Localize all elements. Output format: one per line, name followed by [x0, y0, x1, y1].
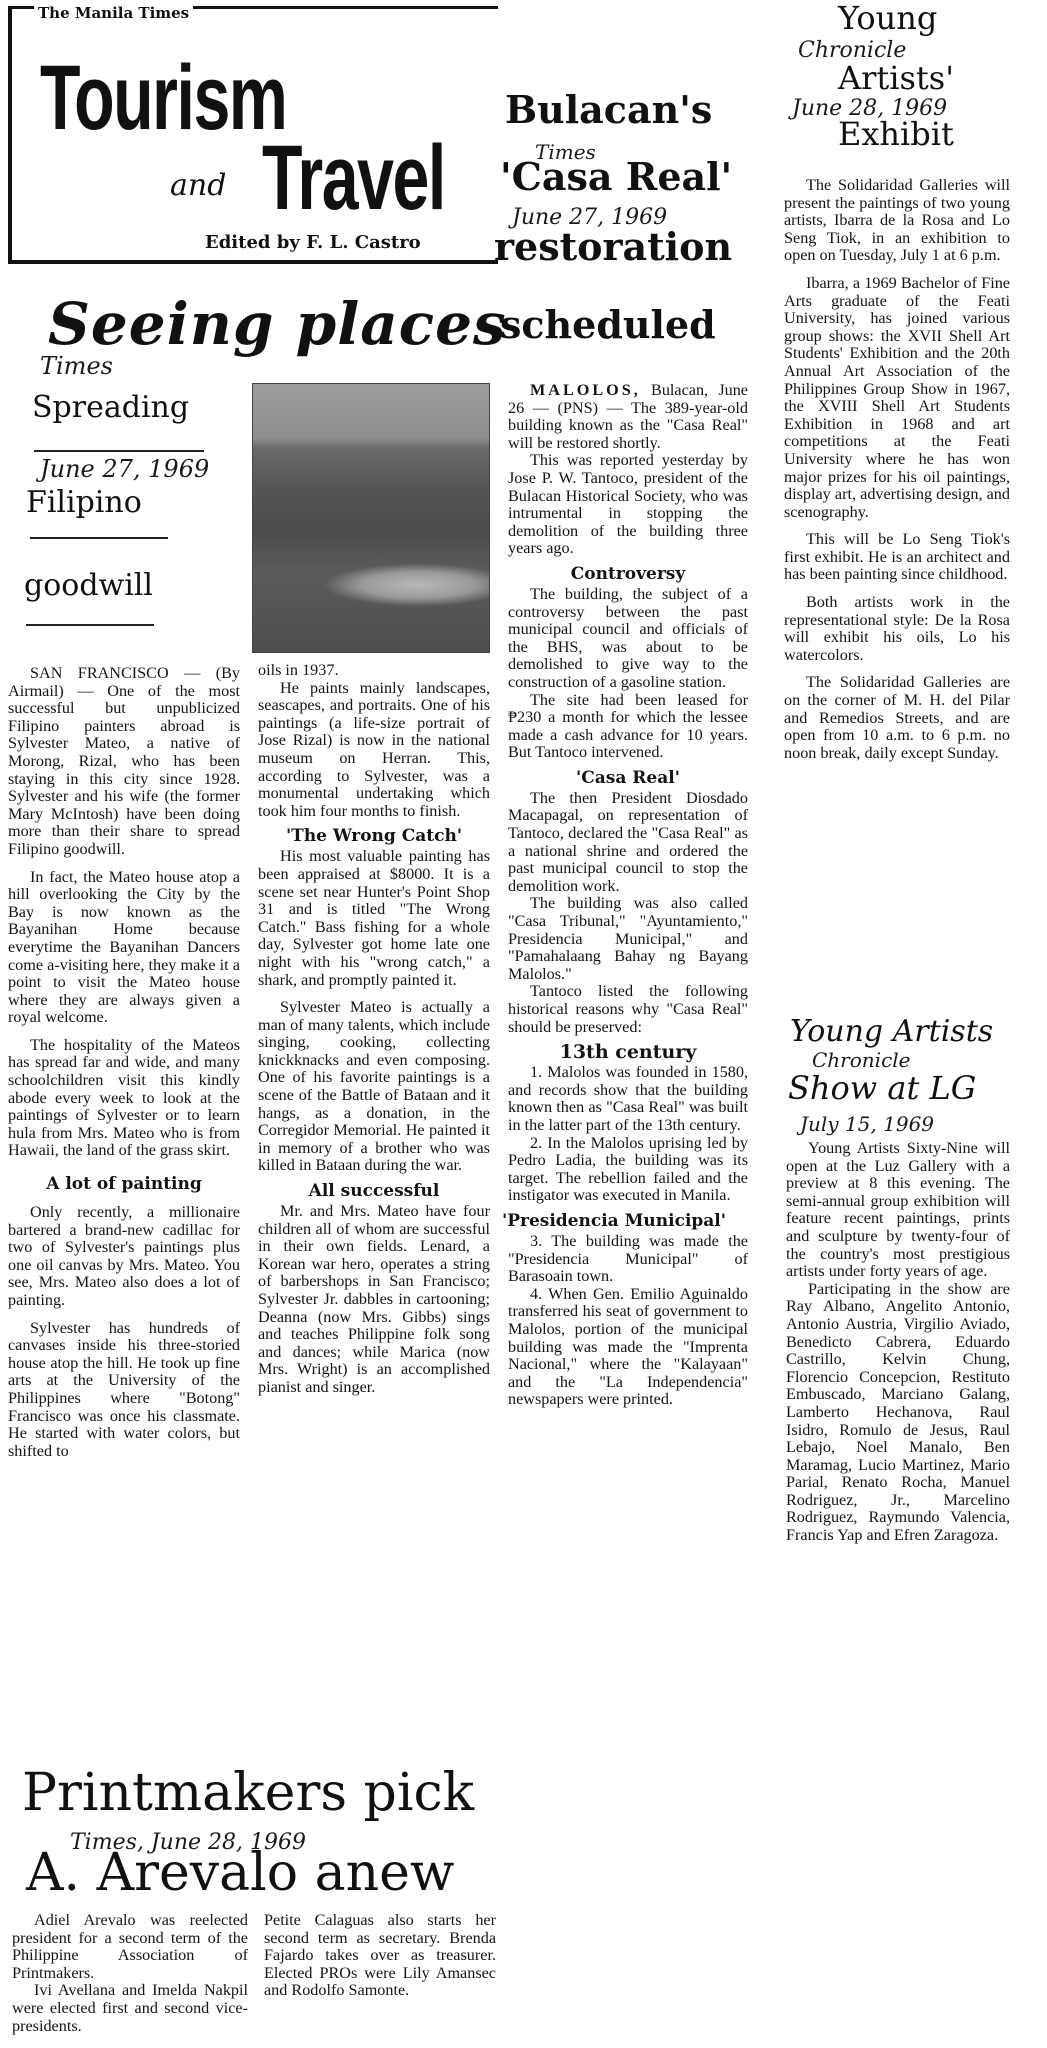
- dateline: MALOLOS,: [530, 381, 641, 399]
- headline-line-4: scheduled: [500, 303, 716, 347]
- subhead: A lot of painting: [8, 1174, 240, 1194]
- headline-line-2: 'Casa Real': [500, 155, 732, 199]
- article-column-2: Petite Calaguas also starts her second t…: [264, 1912, 496, 2000]
- paragraph: 4. When Gen. Emilio Aguinaldo transferre…: [508, 1286, 748, 1409]
- paragraph: 1. Malolos was founded in 1580, and reco…: [508, 1064, 748, 1134]
- paragraph: Tantoco listed the following historical …: [508, 983, 748, 1036]
- headline-rule: [26, 624, 154, 626]
- newspaper-name: The Manila Times: [34, 4, 193, 22]
- headline-line-3: Exhibit: [838, 116, 954, 152]
- section-title-tourism: Tourism: [40, 52, 286, 144]
- subhead: 'Casa Real': [508, 768, 748, 788]
- paragraph: SAN FRANCISCO — (By Airmail) — One of th…: [8, 665, 240, 859]
- paragraph: This will be Lo Seng Tiok's first exhibi…: [784, 531, 1010, 584]
- paragraph: The site had been leased for ₱230 a mont…: [508, 692, 748, 762]
- kicker-seeing-places: Seeing places: [48, 290, 507, 358]
- paragraph: Young Artists Sixty-Nine will open at th…: [786, 1140, 1010, 1281]
- paragraph: Petite Calaguas also starts her second t…: [264, 1912, 496, 2000]
- subhead: 13th century: [508, 1042, 748, 1062]
- subhead: 'The Wrong Catch': [258, 826, 490, 846]
- headline-line-2: Artists': [838, 60, 954, 96]
- paragraph: The building was also called "Casa Tribu…: [508, 895, 748, 983]
- headline-line-2: A. Arevalo anew: [26, 1845, 454, 1901]
- paragraph: Ivi Avellana and Imelda Nakpil were elec…: [12, 1982, 248, 2035]
- paragraph: oils in 1937.: [258, 662, 490, 680]
- paragraph: Sylvester has hundreds of canvases insid…: [8, 1320, 240, 1461]
- paragraph: This was reported yesterday by Jose P. W…: [508, 452, 748, 558]
- editor-credit: Edited by F. L. Castro: [205, 232, 421, 253]
- paragraph: 2. In the Malolos uprising led by Pedro …: [508, 1135, 748, 1205]
- paragraph: The then President Diosdado Macapagal, o…: [508, 790, 748, 896]
- section-title-connector: and: [170, 168, 226, 203]
- handwritten-date: July 15, 1969: [800, 1112, 934, 1136]
- subhead: Controversy: [508, 564, 748, 584]
- section-title-travel: Travel: [262, 132, 445, 224]
- article-body: The Solidaridad Galleries will present t…: [784, 177, 1010, 762]
- headline-line-3: restoration: [494, 225, 732, 269]
- headline-line-2: Show at LG: [788, 1070, 976, 1106]
- article-column-1: Adiel Arevalo was reelected president fo…: [12, 1912, 248, 2035]
- paragraph: In fact, the Mateo house atop a hill ove…: [8, 869, 240, 1027]
- paragraph: Ibarra, a 1969 Bachelor of Fine Arts gra…: [784, 275, 1010, 521]
- paragraph: He paints mainly landscapes, seascapes, …: [258, 680, 490, 821]
- article-body: MALOLOS, Bulacan, June 26 — (PNS) — The …: [508, 382, 748, 1409]
- headline-line-3: goodwill: [24, 568, 153, 603]
- article-body: Young Artists Sixty-Nine will open at th…: [786, 1140, 1010, 1545]
- paragraph: Only recently, a millionaire bartered a …: [8, 1204, 240, 1310]
- handwritten-source: Times: [40, 352, 113, 380]
- paragraph: 3. The building was made the "Presidenci…: [508, 1233, 748, 1286]
- handwritten-date: June 27, 1969: [40, 455, 209, 483]
- paragraph: The Solidaridad Galleries will present t…: [784, 177, 1010, 265]
- article-column-1: SAN FRANCISCO — (By Airmail) — One of th…: [8, 665, 240, 1460]
- headline-rule: [34, 450, 204, 452]
- paragraph: Sylvester Mateo is actually a man of man…: [258, 999, 490, 1175]
- headline-line-2: Filipino: [26, 485, 142, 520]
- subhead: 'Presidencia Municipal': [502, 1211, 748, 1231]
- headline-line-1: Bulacan's: [505, 88, 712, 132]
- headline-line-1: Printmakers pick: [22, 1765, 474, 1821]
- paragraph: MALOLOS, Bulacan, June 26 — (PNS) — The …: [508, 382, 748, 452]
- article-column-2: oils in 1937. He paints mainly landscape…: [258, 662, 490, 1397]
- headline-line-1: Spreading: [32, 390, 189, 425]
- landscape-photo: [252, 383, 490, 653]
- paragraph: Adiel Arevalo was reelected president fo…: [12, 1912, 248, 1982]
- headline-line-1: Young Artists: [790, 1015, 993, 1049]
- paragraph: The hospitality of the Mateos has spread…: [8, 1037, 240, 1160]
- paragraph: The building, the subject of a controver…: [508, 586, 748, 692]
- paragraph: Both artists work in the representationa…: [784, 594, 1010, 664]
- paragraph: Mr. and Mrs. Mateo have four children al…: [258, 1203, 490, 1397]
- paragraph: Participating in the show are Ray Albano…: [786, 1281, 1010, 1545]
- subhead: All successful: [258, 1181, 490, 1201]
- paragraph: His most valuable painting has been appr…: [258, 848, 490, 989]
- paragraph: The Solidaridad Galleries are on the cor…: [784, 674, 1010, 762]
- headline-rule: [30, 537, 168, 539]
- headline-line-1: Young: [838, 0, 937, 36]
